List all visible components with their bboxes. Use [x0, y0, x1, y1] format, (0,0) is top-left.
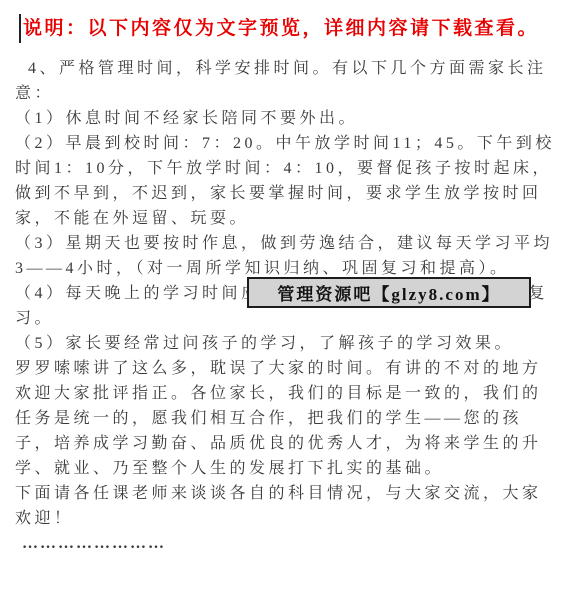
- watermark-stamp: 管理资源吧【glzy8.com】: [247, 277, 531, 308]
- document-line: （5）家长要经常过问孩子的学习，了解孩子的学习效果。: [15, 331, 578, 356]
- document-line: （1）休息时间不经家长陪同不要外出。: [15, 106, 578, 131]
- document-preview-page: 说明：以下内容仅为文字预览，详细内容请下载查看。 4、严格管理时间，科学安排时间…: [0, 0, 578, 600]
- document-line: 时间1：10分，下午放学时间：4：10，要督促孩子按时起床，: [15, 156, 578, 181]
- document-line: （3）星期天也要按时作息，做到劳逸结合，建议每天学习平均: [15, 231, 578, 256]
- document-line: 意：: [15, 81, 578, 106]
- preview-notice-text: 说明：以下内容仅为文字预览，详细内容请下载查看。: [23, 15, 539, 42]
- document-line: 罗罗嗦嗦讲了这么多，耽误了大家的时间。有讲的不对的地方: [15, 356, 578, 381]
- document-line: 下面请各任课老师来谈谈各自的科目情况，与大家交流，大家: [15, 481, 578, 506]
- dots-line: ……………………: [15, 531, 578, 556]
- document-line: 任务是统一的，愿我们相互合作，把我们的学生——您的孩: [15, 406, 578, 431]
- line-text-after-stamp: 复: [529, 285, 549, 302]
- document-line: 子，培养成学习勤奋、品质优良的优秀人才，为将来学生的升: [15, 431, 578, 456]
- document-line: 学、就业、乃至整个人生的发展打下扎实的基础。: [15, 456, 578, 481]
- text-cursor: [19, 14, 21, 43]
- document-line: 4、严格管理时间，科学安排时间。有以下几个方面需家长注: [15, 56, 578, 81]
- document-line: （2）早晨到校时间：7：20。中午放学时间11；45。下午到校: [15, 131, 578, 156]
- preview-notice-bar: 说明：以下内容仅为文字预览，详细内容请下载查看。: [0, 0, 578, 43]
- document-line: 习。: [15, 306, 578, 331]
- document-line: 做到不早到，不迟到，家长要掌握时间，要求学生放学按时回: [15, 181, 578, 206]
- watermark-text: 管理资源吧【glzy8.com】: [277, 280, 500, 305]
- document-line: 欢迎！: [15, 506, 578, 531]
- document-line: 家，不能在外逗留、玩耍。: [15, 206, 578, 231]
- document-line: 欢迎大家批评指正。各位家长，我们的目标是一致的，我们的: [15, 381, 578, 406]
- line-text-before-stamp: （4）每天晚上的学习时间应: [15, 285, 261, 302]
